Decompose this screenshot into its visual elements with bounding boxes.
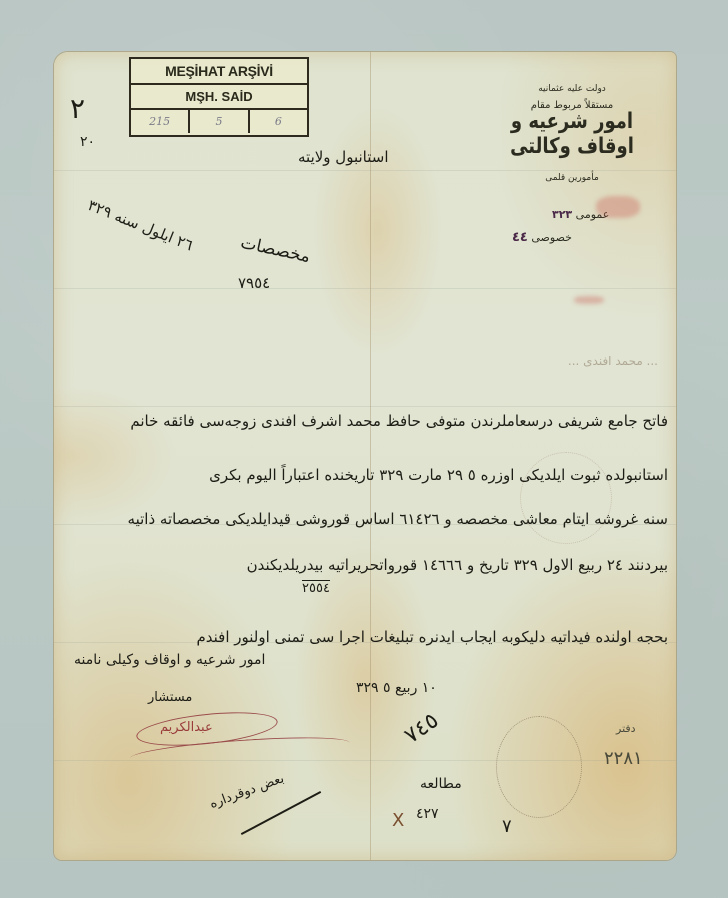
fold-line: [370, 52, 371, 860]
archive-cell-box: 215: [131, 110, 190, 133]
ref-private-value: ٤٤: [512, 230, 528, 245]
archive-reference-cells: 215 5 6: [131, 110, 307, 133]
address-line: استانبول ولایته: [298, 148, 389, 166]
archive-name: MEŞİHAT ARŞİVİ: [131, 59, 307, 85]
ruled-line: [54, 288, 676, 289]
letterhead-title: امور شرعیه و اوقاف وکالتی: [492, 109, 652, 159]
bottom-note-number: ٤٢٧: [416, 806, 439, 822]
archive-cell-item: 6: [250, 110, 307, 133]
letterhead: دولت علیه عثمانیه مستقلاً مربوط مقام امو…: [492, 84, 652, 183]
ref-private: خصوصی ٤٤: [512, 230, 572, 245]
x-mark: X: [392, 810, 404, 831]
marginal-number: ٧٩٥٤: [238, 274, 270, 292]
closing-title: امور شرعیه و اوقاف وکیلی نامنه: [74, 652, 265, 668]
seal-stamp: [496, 716, 582, 818]
ref-general-value: ٣٢٣: [552, 208, 572, 221]
red-ink-mark: [596, 196, 640, 218]
right-margin-label: دفتر: [616, 722, 636, 735]
archive-cell-folder: 5: [190, 110, 249, 133]
closing-signatory: مستشار: [148, 690, 192, 705]
check-mark: ٧: [502, 816, 512, 837]
body-line-4: بیردنند ٢٤ ربیع الاول ٣٢٩ تاریخ و ١٤٦٦٦ …: [247, 556, 668, 574]
bottom-note-review: مطالعه: [420, 776, 462, 792]
letterhead-sub: مأمورین قلمی: [492, 173, 652, 183]
right-margin-number: ٢٢٨١: [604, 748, 643, 769]
body-line-1: فاتح جامع شریفی درسعاملرندن متوفی حافظ م…: [130, 412, 668, 430]
archive-collection: MŞH. SAİD: [131, 85, 307, 110]
faint-seal: [520, 452, 612, 544]
ref-private-label: خصوصی: [531, 231, 572, 244]
page-number-sub: ٢٠: [80, 134, 95, 150]
letterhead-top: دولت علیه عثمانیه: [492, 84, 652, 94]
document-date: ١٠ ربیع ٥ ٣٢٩: [356, 680, 437, 696]
underlined-number: ٢٥٥٤: [302, 580, 330, 596]
archive-stamp: MEŞİHAT ARŞİVİ MŞH. SAİD 215 5 6: [129, 57, 309, 137]
page-number: ٢: [70, 92, 85, 125]
red-signature: عبدالکریم: [160, 720, 213, 735]
faint-annotation: ... محمد افندی ...: [568, 354, 658, 368]
ruled-line: [54, 406, 676, 407]
body-line-5: بحجه اولنده فیداتیه دلیکوبه ایجاب ایدنره…: [197, 628, 669, 646]
red-ink-mark: [574, 296, 604, 304]
